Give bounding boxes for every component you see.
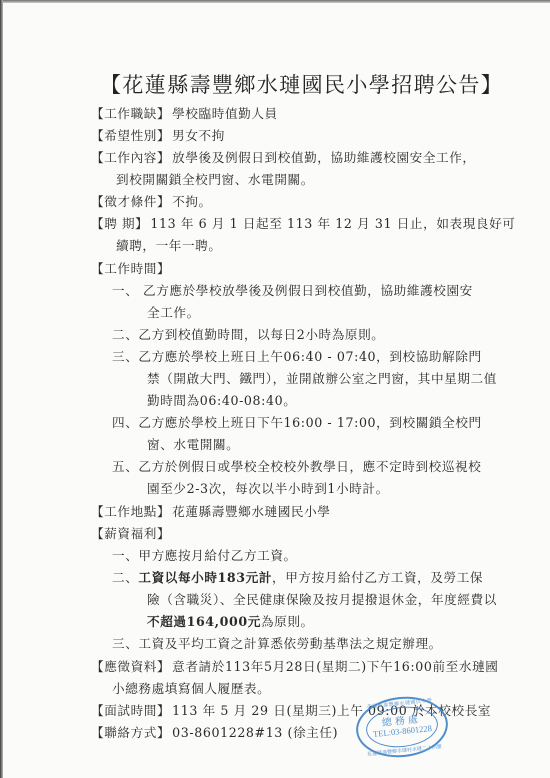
field-label: 【希望性別】 bbox=[91, 128, 170, 143]
recruitment-notice-document: 【花蓮縣壽豐鄉水璉國民小學招聘公告】 【工作職缺】學校臨時值勤人員 【希望性別】… bbox=[0, 0, 550, 778]
field-contact: 【聯絡方式】03-8601228#13 (徐主任) bbox=[91, 725, 338, 741]
hourly-wage-emphasis: 工資以每小時183元計 bbox=[138, 570, 272, 585]
field-label: 【工作地點】 bbox=[91, 504, 170, 519]
field-value: 花蓮縣壽豐鄉水璉國民小學 bbox=[172, 504, 330, 519]
section-work-hours-heading: 【工作時間】 bbox=[91, 261, 170, 277]
work-hours-item-3-continued: 禁（開啟大門、鐵門），並開啟辦公室之門窗，其中星期二值 bbox=[147, 371, 497, 387]
work-hours-item-2: 二、乙方到校值勤時間，以每日2小時為原則。 bbox=[112, 327, 385, 343]
salary-item-2: 二、工資以每小時183元計，甲方按月給付乙方工資，及勞工保 bbox=[112, 570, 483, 586]
field-value: 學校臨時值勤人員 bbox=[172, 106, 278, 121]
field-label: 【徵才條件】 bbox=[91, 194, 170, 209]
work-hours-item-1: 一、 乙方應於學校放學後及例假日到校值勤，協助維護校園安 bbox=[112, 283, 473, 299]
field-value: 03-8601228#13 (徐主任) bbox=[172, 725, 338, 740]
field-label: 【工作內容】 bbox=[91, 150, 170, 165]
field-gender: 【希望性別】男女不拘 bbox=[91, 128, 225, 144]
general-affairs-seal: 花蓮縣壽豐鄉水璉國民小學 總務處 TEL:03-8601228 花蓮縣壽豐鄉水璉… bbox=[353, 692, 451, 761]
work-hours-item-1-continued: 全工作。 bbox=[147, 305, 200, 321]
item-number: 四、 bbox=[112, 415, 138, 430]
item-number: 三、 bbox=[112, 349, 138, 364]
section-salary-heading: 【薪資福利】 bbox=[91, 526, 170, 542]
work-hours-item-5-continued: 園至少2-3次，每次以半小時到1小時計。 bbox=[147, 481, 389, 497]
work-hours-item-4-continued: 窗、水電開關。 bbox=[147, 437, 239, 453]
field-term-continued: 續聘，一年一聘。 bbox=[116, 238, 222, 254]
field-location: 【工作地點】花蓮縣壽豐鄉水璉國民小學 bbox=[91, 504, 331, 520]
field-content: 【工作內容】放學後及例假日到校值勤，協助維護校園安全工作， bbox=[91, 150, 476, 166]
field-application: 【應徵資料】意者請於113年5月28日(星期二)下午16:00前至水璉國 bbox=[91, 659, 498, 675]
item-number: 五、 bbox=[112, 459, 138, 474]
field-value: 放學後及例假日到校值勤，協助維護校園安全工作， bbox=[172, 150, 475, 165]
work-hours-item-5: 五、乙方於例假日或學校全校校外教學日，應不定時到校巡視校 bbox=[112, 459, 481, 475]
item-number: 三、 bbox=[112, 636, 138, 651]
field-label: 【聘 期】 bbox=[91, 216, 148, 231]
field-label: 【面試時間】 bbox=[91, 703, 170, 718]
document-title: 【花蓮縣壽豐鄉水璉國民小學招聘公告】 bbox=[100, 70, 462, 100]
item-number: 二、 bbox=[112, 327, 138, 342]
item-number: 一、 bbox=[112, 283, 143, 298]
field-position: 【工作職缺】學校臨時值勤人員 bbox=[91, 106, 278, 122]
field-application-continued: 小總務處填寫個人履歷表。 bbox=[112, 681, 270, 697]
item-number: 二、 bbox=[112, 570, 138, 585]
work-hours-item-4: 四、乙方應於學校上班日下午16:00 - 17:00，到校關鎖全校門 bbox=[112, 415, 482, 431]
field-content-continued: 到校開關鎖全校門窗、水電開關。 bbox=[116, 172, 314, 188]
field-label: 【應徵資料】 bbox=[91, 659, 170, 674]
field-label: 【工作職缺】 bbox=[91, 106, 170, 121]
field-term: 【聘 期】113 年 6 月 1 日起至 113 年 12 月 31 日止，如表… bbox=[91, 216, 515, 232]
field-requirements: 【徵才條件】不拘。 bbox=[91, 194, 212, 210]
salary-item-2-continued: 險（含職災）、全民健康保險及按月提撥退休金，年度經費以 bbox=[147, 592, 497, 608]
field-value: 113 年 6 月 1 日起至 113 年 12 月 31 日止，如表現良好可 bbox=[150, 216, 515, 231]
salary-item-2-continued: 不超過164,000元為原則。 bbox=[147, 614, 314, 630]
field-label: 【聯絡方式】 bbox=[91, 725, 170, 740]
salary-item-1: 一、甲方應按月給付乙方工資。 bbox=[112, 548, 297, 564]
work-hours-item-3: 三、乙方應於學校上班日上午06:40 - 07:40，到校協助解除門 bbox=[112, 349, 482, 365]
annual-budget-emphasis: 不超過164,000元 bbox=[147, 614, 261, 629]
field-value: 意者請於113年5月28日(星期二)下午16:00前至水璉國 bbox=[172, 659, 498, 674]
field-value: 不拘。 bbox=[172, 194, 212, 209]
item-number: 一、 bbox=[112, 548, 138, 563]
field-value: 男女不拘 bbox=[172, 128, 225, 143]
salary-item-3: 三、工資及平均工資之計算悉依勞動基準法之規定辦理。 bbox=[112, 636, 442, 652]
work-hours-item-3-continued: 勤時間為06:40-08:40。 bbox=[147, 393, 296, 409]
